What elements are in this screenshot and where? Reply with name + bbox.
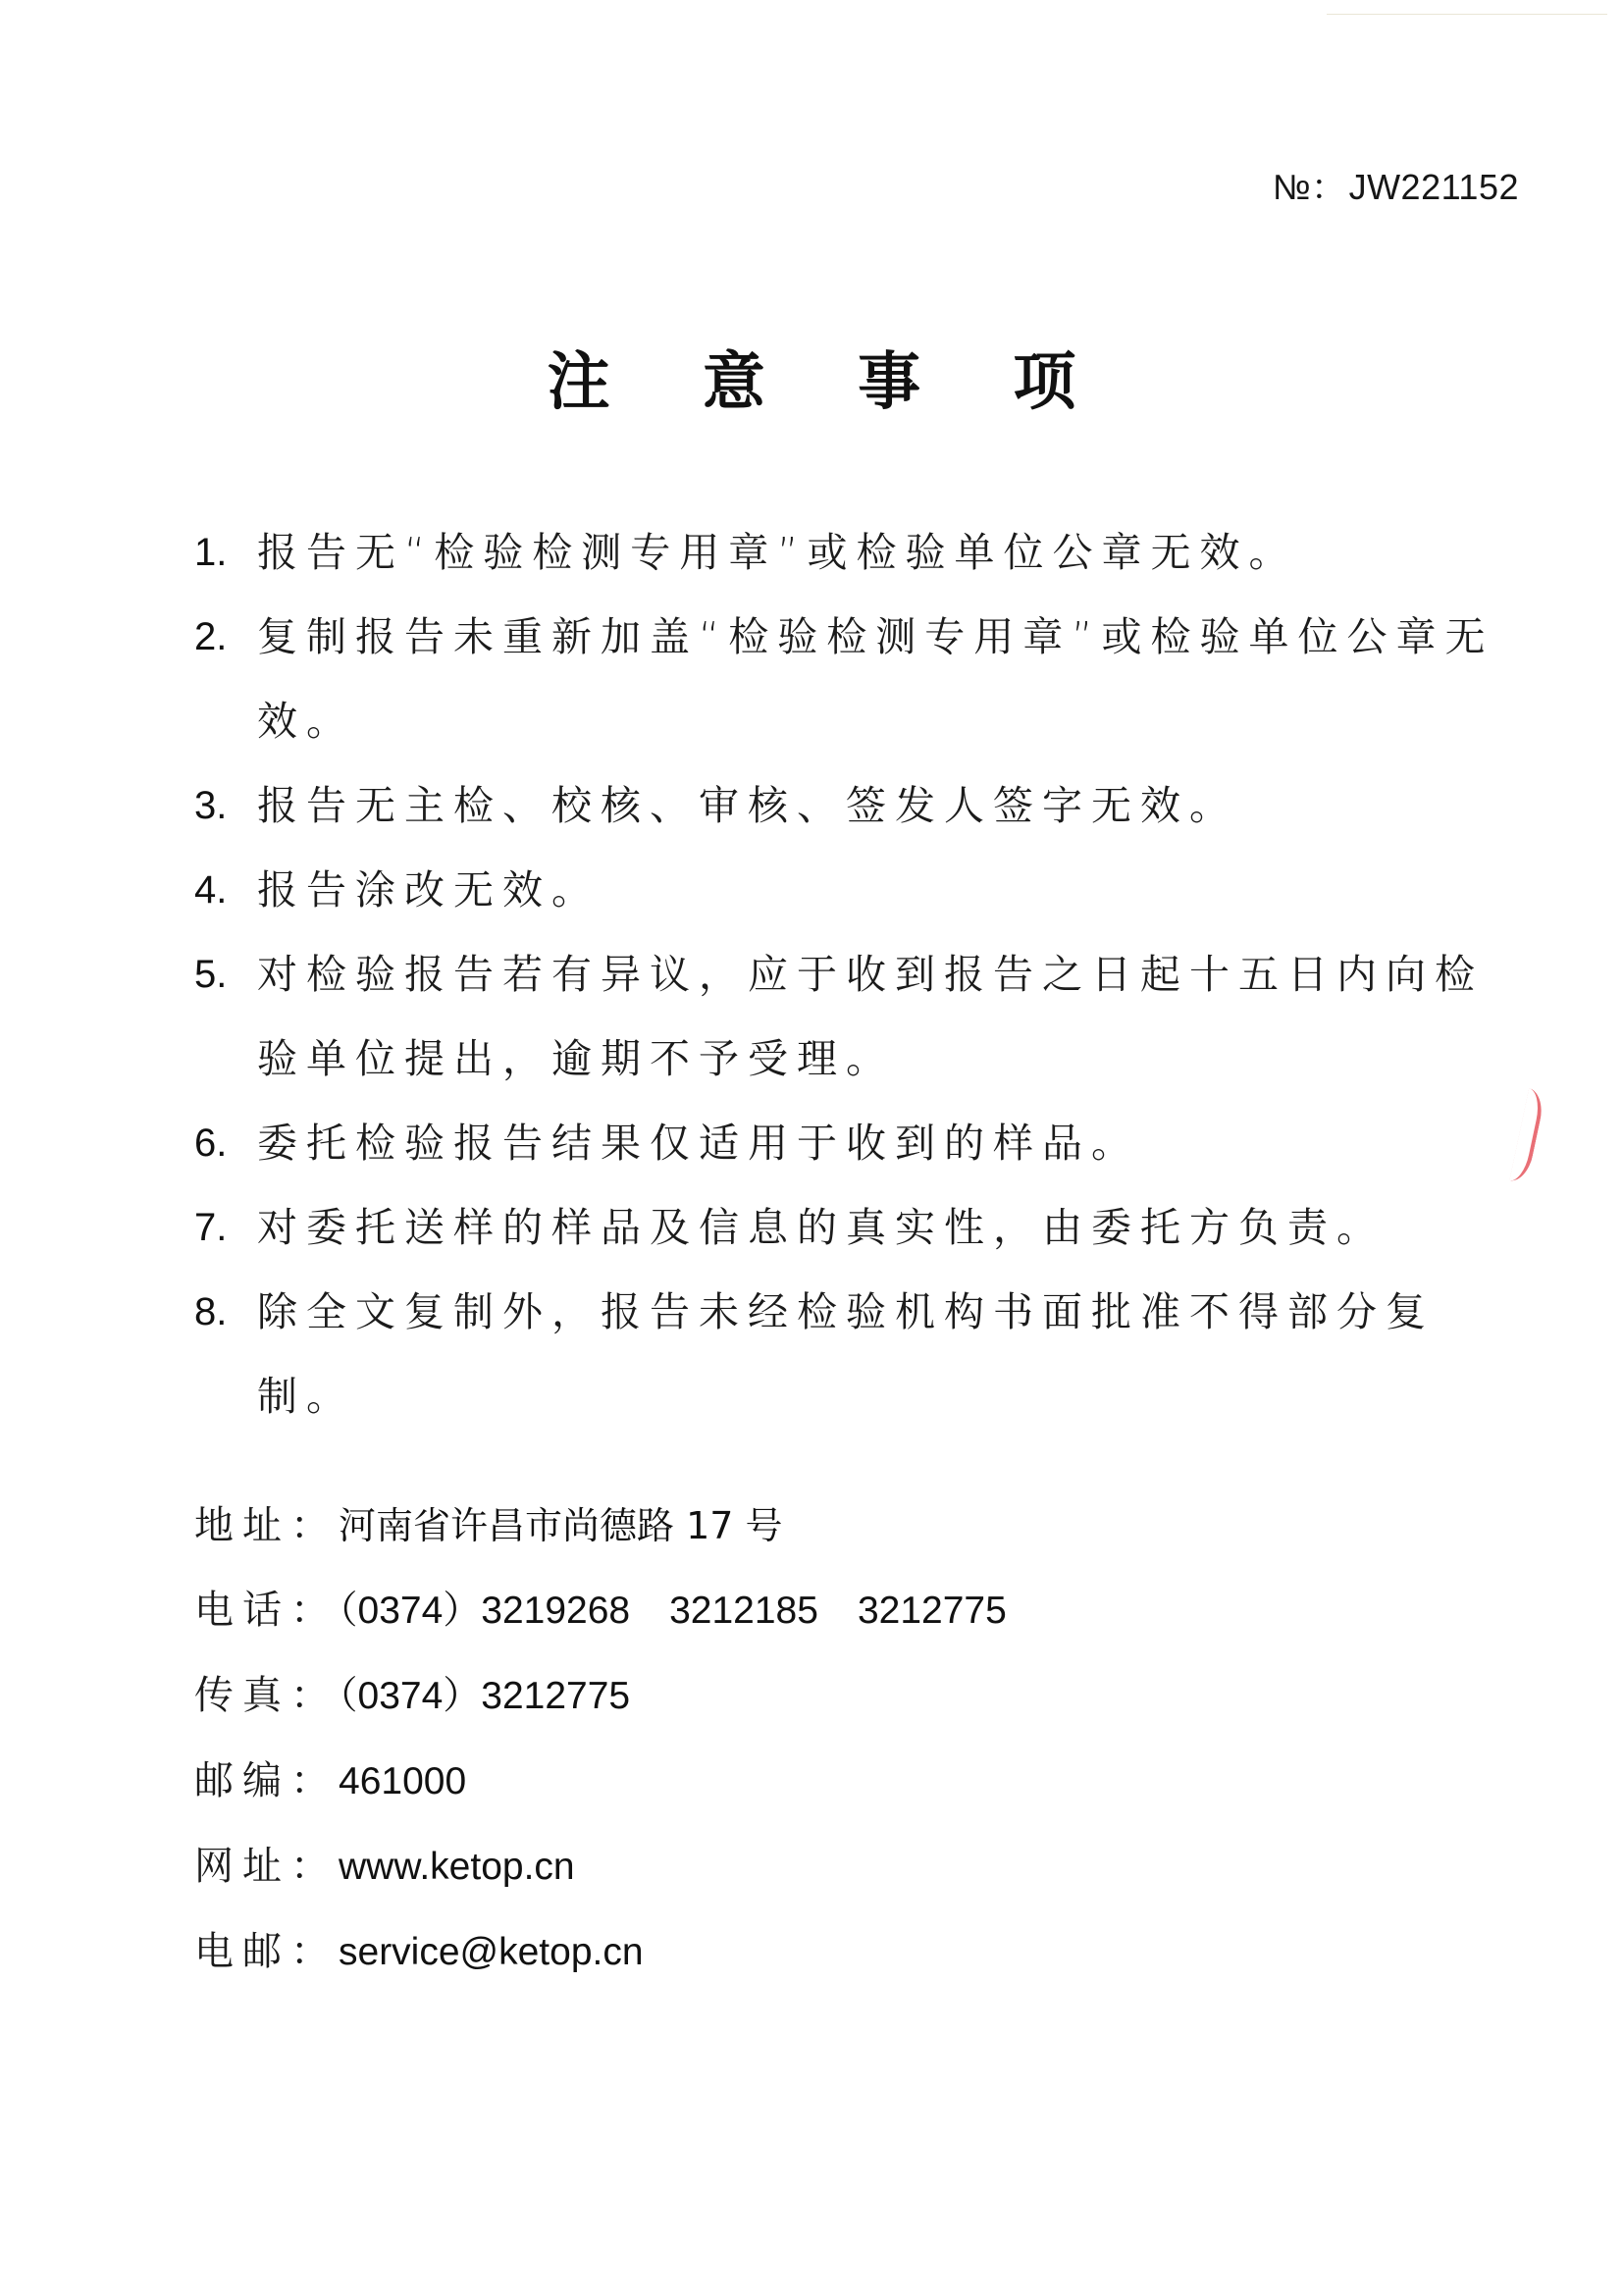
phone-label: 电话：: [194, 1588, 339, 1633]
notice-number: 8.: [194, 1270, 227, 1354]
postcode-value: 461000: [339, 1760, 466, 1802]
phone-number: 3219268: [481, 1590, 630, 1632]
postcode-label: 邮编：: [194, 1758, 339, 1803]
contact-postcode: 邮编：461000: [194, 1739, 1372, 1824]
notice-text: 对检验报告若有异议，应于收到报告之日起十五日内向检验单位提出，逾期不予受理。: [257, 951, 1484, 1082]
email-label: 电邮：: [194, 1929, 339, 1974]
notice-text: 对委托送样的样品及信息的真实性，由委托方负责。: [257, 1204, 1386, 1251]
notice-text: 报告无主检、校核、审核、签发人签字无效。: [257, 782, 1238, 829]
notice-item: 6. 委托检验报告结果仅适用于收到的样品。: [194, 1101, 1529, 1185]
notice-number: 7.: [194, 1185, 227, 1270]
report-number-value: JW221152: [1349, 167, 1519, 207]
notice-number: 4.: [194, 848, 227, 932]
address-label: 地址：: [194, 1503, 339, 1548]
notice-item: 2. 复制报告未重新加盖“检验检测专用章”或检验单位公章无效。: [194, 595, 1529, 763]
fax-label: 传真：: [194, 1673, 339, 1718]
notice-text: 委托检验报告结果仅适用于收到的样品。: [257, 1120, 1140, 1167]
website-link[interactable]: www.ketop.cn: [339, 1846, 575, 1888]
notice-list: 1. 报告无“检验检测专用章”或检验单位公章无效。 2. 复制报告未重新加盖“检…: [194, 510, 1529, 1438]
notice-number: 5.: [194, 932, 227, 1017]
fax-area-code: （0374）: [339, 1675, 481, 1717]
notice-number: 1.: [194, 510, 227, 595]
notice-item: 3. 报告无主检、校核、审核、签发人签字无效。: [194, 763, 1529, 848]
notice-text: 报告涂改无效。: [257, 866, 601, 913]
address-value: 河南省许昌市尚德路 17 号: [339, 1504, 783, 1547]
contact-address: 地址：河南省许昌市尚德路 17 号: [194, 1484, 1372, 1568]
email-link[interactable]: service@ketop.cn: [339, 1931, 644, 1973]
notice-number: 3.: [194, 763, 227, 848]
website-label: 网址：: [194, 1844, 339, 1889]
contact-fax: 传真：（0374）3212775: [194, 1653, 1372, 1739]
notice-number: 6.: [194, 1101, 227, 1185]
phone-area-code: （0374）: [339, 1590, 481, 1632]
contact-phone: 电话：（0374）321926832121853212775: [194, 1568, 1372, 1653]
notice-item: 5. 对检验报告若有异议，应于收到报告之日起十五日内向检验单位提出，逾期不予受理…: [194, 932, 1529, 1101]
notice-text: 报告无“检验检测专用章”或检验单位公章无效。: [257, 529, 1297, 576]
report-number-label: №：: [1273, 167, 1347, 207]
notice-item: 8. 除全文复制外，报告未经检验机构书面批准不得部分复制。: [194, 1270, 1529, 1438]
notice-text: 除全文复制外，报告未经检验机构书面批准不得部分复制。: [257, 1288, 1435, 1420]
notice-item: 4. 报告涂改无效。: [194, 848, 1529, 932]
fax-number: 3212775: [481, 1675, 630, 1717]
contact-block: 地址：河南省许昌市尚德路 17 号 电话：（0374）3219268321218…: [194, 1484, 1372, 1995]
notice-item: 7. 对委托送样的样品及信息的真实性，由委托方负责。: [194, 1185, 1529, 1270]
contact-website: 网址：www.ketop.cn: [194, 1824, 1372, 1909]
scan-edge-line: [1327, 14, 1607, 15]
contact-email: 电邮：service@ketop.cn: [194, 1909, 1372, 1995]
report-number: №：JW221152: [1273, 160, 1519, 210]
notice-item: 1. 报告无“检验检测专用章”或检验单位公章无效。: [194, 510, 1529, 595]
page-title: 注 意 事 项: [0, 332, 1623, 422]
phone-number: 3212185: [669, 1590, 818, 1632]
notice-text: 复制报告未重新加盖“检验检测专用章”或检验单位公章无效。: [257, 613, 1493, 745]
notice-number: 2.: [194, 595, 227, 679]
phone-number: 3212775: [858, 1590, 1007, 1632]
